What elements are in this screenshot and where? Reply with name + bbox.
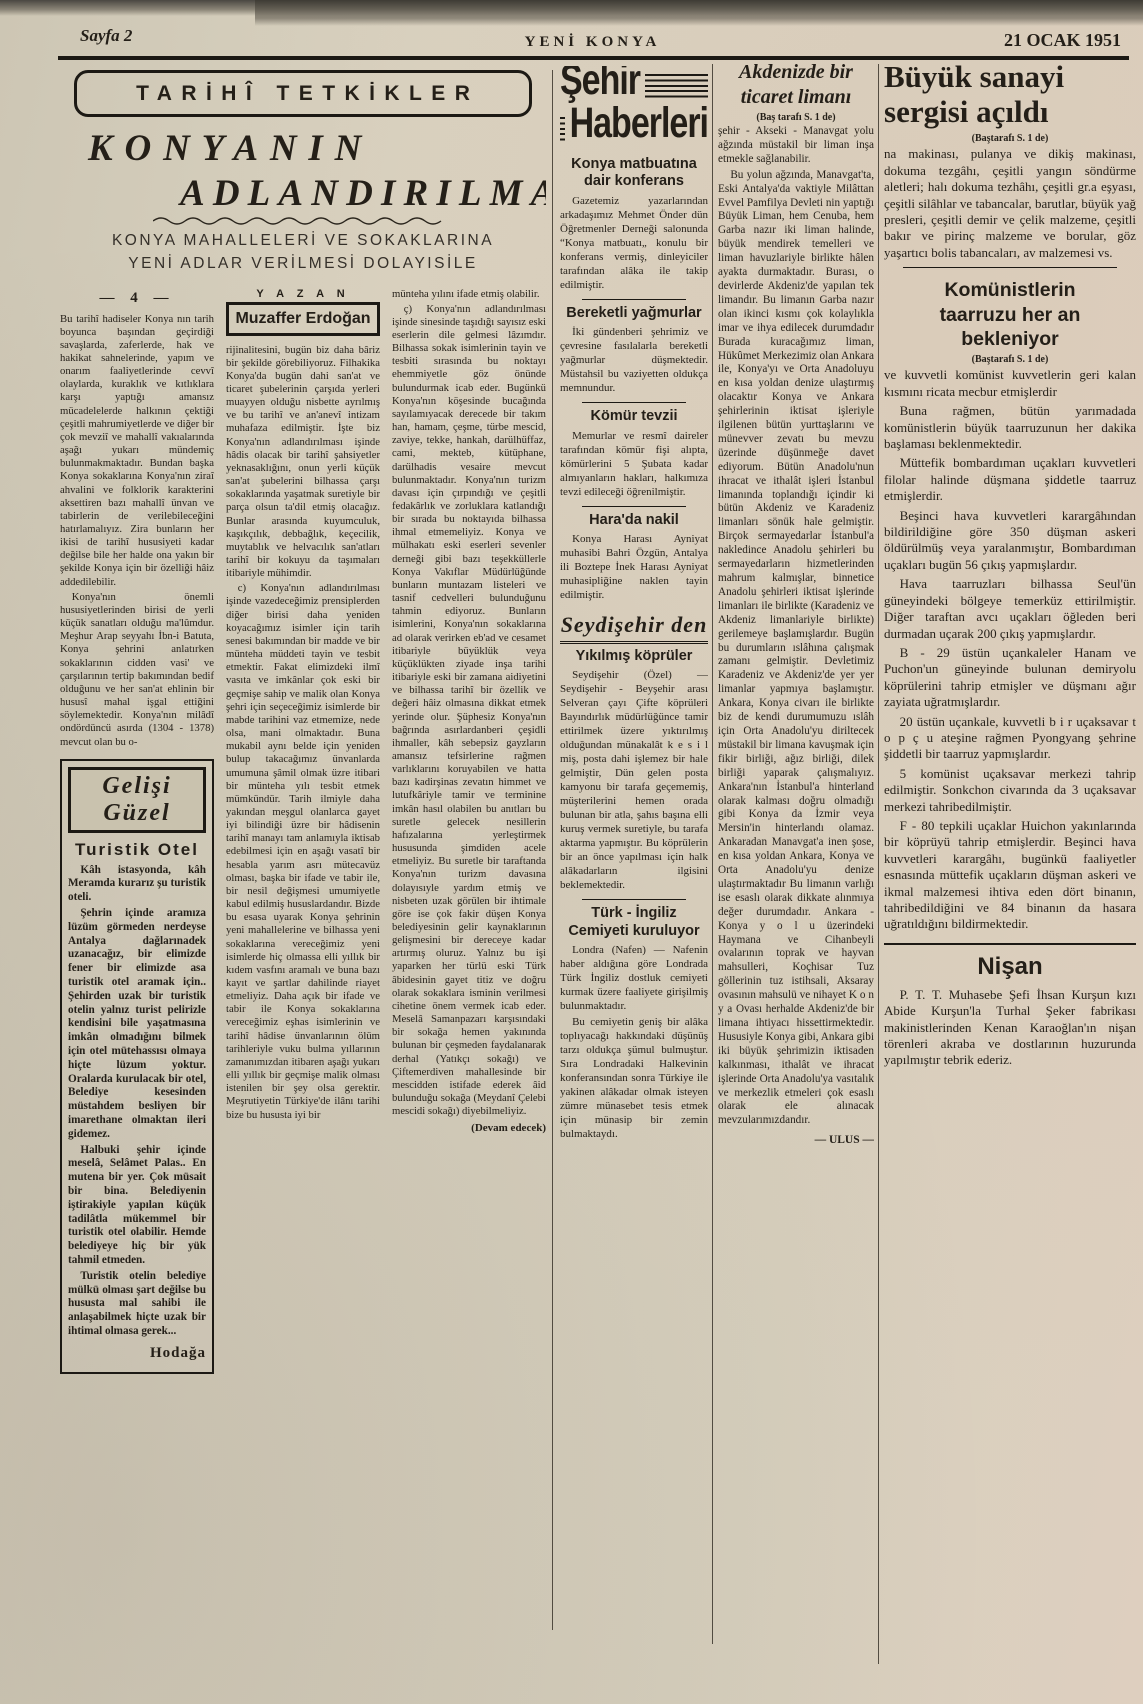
issue-date: 21 OCAK 1951: [1004, 30, 1121, 51]
page-header: Sayfa 2 YENİ KONYA 21 OCAK 1951: [58, 26, 1127, 56]
column-paragraph: Şehrin içinde aramıza lüzüm görmeden ner…: [68, 907, 206, 1142]
continued-from-note: (Baş tarafı S. 1 de): [718, 112, 874, 123]
column-signature: Hodağa: [68, 1345, 206, 1362]
article-separator: [582, 299, 686, 300]
article-title-line2: ADLANDIRILMASI: [180, 172, 546, 215]
news-headline: Yıkılmış köprüler: [560, 648, 708, 665]
news-body: İki gündenberi şehrimiz ve çevresine fas…: [560, 325, 708, 395]
article-paragraph: Konya'nın önemli hususiyetlerinden biris…: [60, 591, 214, 749]
news-headline: Türk - İngiliz Cemiyeti kuruluyor: [560, 905, 708, 940]
column-paragraph: Kâh istasyonda, kâh Meramda kurarız şu t…: [68, 864, 206, 905]
news-headline: Kömür tevzii: [560, 408, 708, 425]
masthead-lines-icon: [560, 117, 565, 141]
newspaper-page: Sayfa 2 YENİ KONYA 21 OCAK 1951 TARİHÎ T…: [0, 0, 1143, 1704]
sanayi-headline-line1: Büyük sanayi: [884, 60, 1136, 95]
news-body: şehir - Akseki - Manavgat yolu ağzında m…: [718, 125, 874, 167]
news-body: Londra (Nafen) — Nafenin haber aldığına …: [560, 943, 708, 1013]
article-paragraph: Bu tarihî hadiseler Konya nın tarih boyu…: [60, 313, 214, 589]
article-paragraph: ç) Konya'nın adlandırılması işinde sines…: [392, 303, 546, 1119]
to-be-continued-note: (Devam edecek): [392, 1122, 546, 1134]
article-separator: [582, 402, 686, 403]
sanayi-headline-line2: sergisi açıldı: [884, 95, 1136, 130]
seydisehir-section-head: Seydişehir den: [560, 612, 708, 644]
nisan-headline: Nişan: [884, 953, 1136, 981]
article-kicker: TARİHÎ TETKİKLER: [74, 70, 532, 117]
article-column-2: Y A Z A N Muzaffer Erdoğan rijinalitesin…: [226, 288, 380, 1374]
article-separator: [582, 506, 686, 507]
article-paragraph: rijinalitesini, bugün biz daha bâriz bir…: [226, 344, 380, 581]
news-body: Seydişehir (Özel) — Seydişehir - Beyşehi…: [560, 668, 708, 892]
news-body: P. T. T. Muhasebe Şefi İhsan Kurşun kızı…: [884, 987, 1136, 1069]
column-paragraph: Halbuki şehir içinde meselâ, Selâmet Pal…: [68, 1144, 206, 1268]
article-subtitle-line2: YENİ ADLAR VERİLMESİ DOLAYISİLE: [60, 252, 546, 275]
squiggle-divider: [153, 217, 453, 225]
column-rule-2: [712, 64, 713, 1644]
article-paragraph: münteha yılını ifade etmiş olabilir.: [392, 288, 546, 301]
news-body: na makinası, pulanya ve dikiş makinası, …: [884, 146, 1136, 261]
article-column-1: — 4 — Bu tarihî hadiseler Konya nın tari…: [60, 288, 214, 1374]
nisan-box: Nişan P. T. T. Muhasebe Şefi İhsan Kurşu…: [884, 943, 1136, 1069]
article-subtitle-line1: KONYA MAHALLELERİ VE SOKAKLARINA: [60, 229, 546, 252]
news-body: F - 80 tepkili uçaklar Huichon yakınları…: [884, 818, 1136, 933]
gelisi-guzel-box: Gelişi Güzel Turistik Otel Kâh istasyond…: [60, 759, 214, 1374]
news-body: 5 komünist uçaksavar merkezi tahrip edil…: [884, 766, 1136, 815]
sehir-haberleri-masthead: Şehir Haberleri: [560, 66, 708, 148]
article-column-3: münteha yılını ifade etmiş olabilir. ç) …: [392, 288, 546, 1374]
sehir-haberleri-column: Şehir Haberleri Konya matbuatına dair ko…: [560, 66, 708, 1686]
gelisi-guzel-title: Gelişi Güzel: [68, 767, 206, 833]
byline-label: Y A Z A N: [226, 288, 380, 300]
column-rule-1: [552, 70, 553, 1630]
news-body: Beşinci hava kuvvetleri karargâhından bi…: [884, 508, 1136, 574]
news-body: Gazetemiz yazarlarından arkadaşımız Mehm…: [560, 194, 708, 292]
article-separator: [582, 899, 686, 900]
turistik-otel-headline: Turistik Otel: [68, 840, 206, 860]
news-body: B - 29 üstün uçankaleler Hanam ve Puchon…: [884, 645, 1136, 711]
author-name: Muzaffer Erdoğan: [226, 302, 380, 336]
news-body: 20 üstün uçankale, kuvvetli b i r uçaksa…: [884, 714, 1136, 763]
news-headline: Konya matbuatına dair konferans: [560, 156, 708, 191]
part-number: — 4 —: [60, 290, 214, 307]
scan-edge-top-right: [255, 0, 1143, 26]
komunist-headline: Komünistlerin taarruzu her an bekleniyor: [905, 278, 1115, 351]
right-column: Büyük sanayi sergisi açıldı (Baştarafı S…: [884, 60, 1136, 1690]
article-title-line1: KONYANIN: [88, 127, 546, 170]
news-body: ve kuvvetli komünist kuvvetlerin geri ka…: [884, 367, 1136, 400]
akdeniz-column: Akdenizde bir ticaret limanı (Baş tarafı…: [718, 60, 874, 1690]
news-body: Memurlar ve resmî daireler tarafından kö…: [560, 429, 708, 499]
page-number-label: Sayfa 2: [80, 26, 132, 46]
akdeniz-headline: Akdenizde bir ticaret limanı: [718, 60, 874, 110]
newspaper-title: YENİ KONYA: [525, 34, 661, 51]
column-paragraph: Turistik otelin belediye mülkü olması şa…: [68, 1270, 206, 1339]
news-body: Müttefik bombardıman uçakları kuvvetleri…: [884, 455, 1136, 504]
masthead-lines-icon: [645, 74, 708, 98]
news-body: Buna rağmen, bütün yarımadada komünistle…: [884, 403, 1136, 452]
source-credit: — ULUS —: [718, 1134, 874, 1146]
column-rule-3: [878, 64, 879, 1664]
byline-box: Y A Z A N Muzaffer Erdoğan: [226, 288, 380, 336]
continued-from-note: (Baştarafı S. 1 de): [884, 133, 1136, 144]
continued-from-note: (Baştarafı S. 1 de): [884, 354, 1136, 365]
main-article: TARİHÎ TETKİKLER KONYANIN ADLANDIRILMASI…: [60, 66, 546, 1696]
news-headline: Bereketli yağmurlar: [560, 305, 708, 322]
news-body: Bu cemiyetin geniş bir alâka toplıyacağı…: [560, 1015, 708, 1141]
article-paragraph: c) Konya'nın adlandırılması işinde vazed…: [226, 582, 380, 1121]
news-headline: Hara'da nakil: [560, 512, 708, 529]
news-body: Hava taarruzları bilhassa Seul'ün güneyi…: [884, 576, 1136, 642]
news-body: Konya Harası Ayniyat muhasibi Bahri Özgü…: [560, 532, 708, 602]
masthead-word-haberleri: Haberleri: [570, 99, 708, 148]
article-separator: [903, 267, 1117, 268]
news-body: Bu yolun ağzında, Manavgat'ta, Eski Anta…: [718, 169, 874, 1129]
